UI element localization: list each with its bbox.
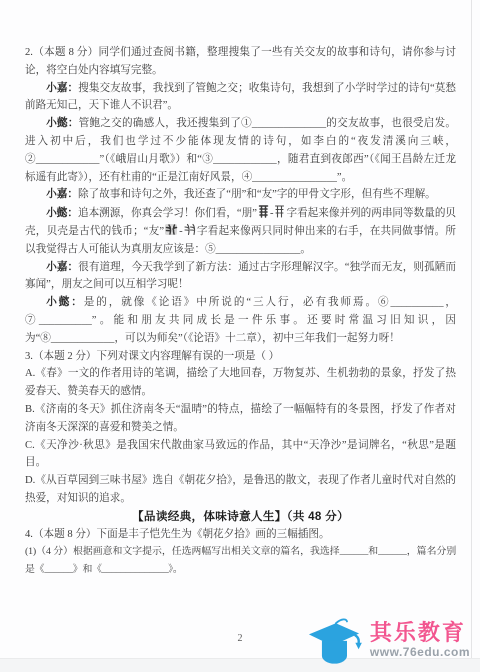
dialogue-xiaojia-1: 小嘉：搜集交友故事，我找到了管鲍之交；收集诗句，我想到了小学时学过的诗句“莫愁前… bbox=[25, 80, 456, 116]
dialogue-text: 除了故事和诗句之外，我还查了“朋”和“友”字的甲骨文字形，但有些不理解。 bbox=[78, 189, 436, 200]
page-edge-divider bbox=[471, 0, 472, 664]
question-2-intro: 2.（本题 8 分）同学们通过查阅书籍，整理搜集了一些有关交友的故事和诗句，请你… bbox=[25, 44, 456, 80]
glyph-separator: - bbox=[270, 208, 274, 219]
dialogue-text: 追本溯源，你真会学习！你们看，“朋” bbox=[78, 208, 257, 219]
dialogue-xiaoyi-1: 小懿：管鲍之交的确感人，我还搜集到了①______________的交友故事，也… bbox=[25, 115, 456, 186]
dialogue-xiaojia-2: 小嘉：除了故事和诗句之外，我还查了“朋”和“友”字的甲骨文字形，但有些不理解。 bbox=[25, 186, 456, 204]
glyph-separator: - bbox=[179, 226, 183, 237]
oracle-script-peng-icon bbox=[274, 204, 285, 218]
question-3-option-a: A.《春》一文的作者用诗的笔调，描绘了大地回春，万物复苏、生机勃勃的景象，抒发了… bbox=[25, 365, 456, 401]
oracle-script-you-icon bbox=[184, 223, 196, 236]
oracle-script-you-icon bbox=[165, 223, 178, 236]
exam-page: { "page": { "number": "2" }, "colors": {… bbox=[0, 0, 480, 672]
speaker-name: 小懿： bbox=[46, 297, 84, 308]
dialogue-text: 搜集交友故事，我找到了管鲍之交；收集诗句，我想到了小学时学过的诗句“莫愁前路无知… bbox=[25, 83, 456, 112]
graduation-cap-icon bbox=[303, 614, 365, 666]
dialogue-text: 管鲍之交的确感人，我还搜集到了①______________的交友故事，也很受启… bbox=[25, 118, 456, 182]
dialogue-text: 很有道理，今天我学到了新方法：通过古字形理解汉字。“独学而无友，则孤陋而寡闻”，… bbox=[25, 262, 456, 291]
exam-text-body: 2.（本题 8 分）同学们通过查阅书籍，整理搜集了一些有关交友的故事和诗句，请你… bbox=[25, 44, 456, 579]
question-4-stem: 4.（本题 8 分）下面是丰子恺先生为《朝花夕拾》画的三幅插图。 bbox=[25, 526, 456, 544]
question-4-sub1: (1)（4 分）根据画意和文字提示，任选两幅写出相关文章的篇名，我选择_____… bbox=[25, 543, 456, 579]
brand-text-block: 其乐教育 www.76edu.com bbox=[370, 621, 470, 659]
brand-site-url: www.76edu.com bbox=[370, 645, 470, 659]
speaker-name: 小嘉： bbox=[46, 189, 78, 200]
question-3-option-d: D.《从百草园到三味书屋》选自《朝花夕拾》，是鲁迅的散文，表现了作者儿童时代对自… bbox=[25, 472, 456, 508]
brand-watermark: 其乐教育 www.76edu.com bbox=[303, 614, 470, 666]
speaker-name: 小懿： bbox=[46, 208, 78, 219]
brand-name: 其乐教育 bbox=[370, 621, 466, 645]
dialogue-xiaoyi-2: 小懿：追本溯源，你真会学习！你们看，“朋”-字看起来像并列的两串同等数量的贝壳，… bbox=[25, 204, 456, 258]
dialogue-xiaojia-3: 小嘉：很有道理，今天我学到了新方法：通过古字形理解汉字。“独学而无友，则孤陋而寡… bbox=[25, 259, 456, 295]
oracle-script-peng-icon bbox=[258, 204, 269, 218]
question-3-stem: 3.（本题 2 分）下列对课文内容理解有误的一项是（ ） bbox=[25, 348, 456, 366]
speaker-name: 小嘉： bbox=[46, 83, 78, 94]
speaker-name: 小嘉： bbox=[46, 262, 78, 273]
dialogue-text: 是的，就像《论语》中所说的“三人行，必有我师焉。⑥__________，⑦___… bbox=[25, 297, 456, 344]
dialogue-xiaoyi-3: 小懿：是的，就像《论语》中所说的“三人行，必有我师焉。⑥__________，⑦… bbox=[25, 294, 456, 347]
question-3-option-c: C.《天净沙·秋思》是我国宋代散曲家马致远的作品，其中“天净沙”是词牌名，“秋思… bbox=[25, 437, 456, 473]
question-3-option-b: B.《济南的冬天》抓住济南冬天“温晴”的特点，描绘了一幅幅特有的冬景图，抒发了作… bbox=[25, 401, 456, 437]
speaker-name: 小懿： bbox=[46, 118, 78, 129]
section-heading: 【品读经典，体味诗意人生】（共 48 分） bbox=[25, 508, 456, 526]
